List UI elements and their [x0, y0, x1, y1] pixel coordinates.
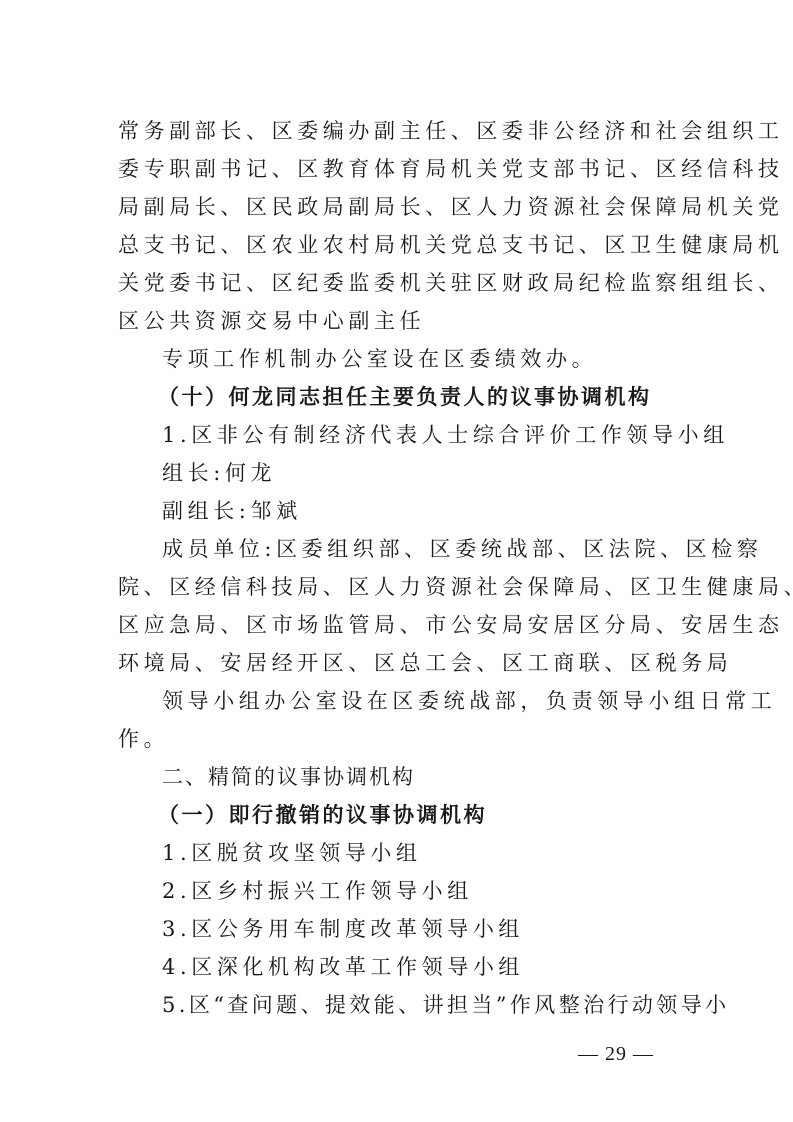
page-number: — 29 — [578, 1043, 654, 1066]
subsection-heading: （一）即行撤销的议事协调机构 [158, 802, 718, 828]
group-deputy-leader: 副组长:邹斌 [162, 498, 722, 524]
member-units-line: 院、区经信科技局、区人力资源社会保障局、区卫生健康局、 [118, 574, 678, 600]
member-units-line: 区应急局、区市场监管局、市公安局安居区分局、安居生态 [118, 612, 678, 638]
list-item: 4.区深化机构改革工作领导小组 [162, 954, 722, 980]
body-text-line: 委专职副书记、区教育体育局机关党支部书记、区经信科技 [118, 156, 678, 182]
body-text-line: 区公共资源交易中心副主任 [118, 308, 678, 334]
member-units-line: 成员单位:区委组织部、区委统战部、区法院、区检察 [162, 536, 722, 562]
member-units-line: 环境局、安居经开区、区总工会、区工商联、区税务局 [118, 650, 678, 676]
body-text-line: 关党委书记、区纪委监委机关驻区财政局纪检监察组组长、 [118, 270, 678, 296]
group-title: 1.区非公有制经济代表人士综合评价工作领导小组 [162, 422, 722, 448]
list-item: 2.区乡村振兴工作领导小组 [162, 878, 722, 904]
list-item: 1.区脱贫攻坚领导小组 [162, 840, 722, 866]
body-text-line: 常务副部长、区委编办副主任、区委非公经济和社会组织工 [118, 118, 678, 144]
part-heading: 二、精简的议事协调机构 [162, 764, 722, 790]
group-leader: 组长:何龙 [162, 460, 722, 486]
section-heading: （十）何龙同志担任主要负责人的议事协调机构 [158, 384, 718, 410]
body-text-line: 局副局长、区民政局副局长、区人力资源社会保障局机关党 [118, 194, 678, 220]
body-text-line: 总支书记、区农业农村局机关党总支书记、区卫生健康局机 [118, 232, 678, 258]
office-note-line: 领导小组办公室设在区委统战部，负责领导小组日常工 [162, 688, 722, 714]
list-item: 3.区公务用车制度改革领导小组 [162, 916, 722, 942]
document-page: 常务副部长、区委编办副主任、区委非公经济和社会组织工 委专职副书记、区教育体育局… [0, 0, 793, 1122]
office-note: 专项工作机制办公室设在区委绩效办。 [162, 346, 722, 372]
office-note-line: 作。 [118, 726, 678, 752]
list-item: 5.区“查问题、提效能、讲担当”作风整治行动领导小 [162, 992, 722, 1018]
